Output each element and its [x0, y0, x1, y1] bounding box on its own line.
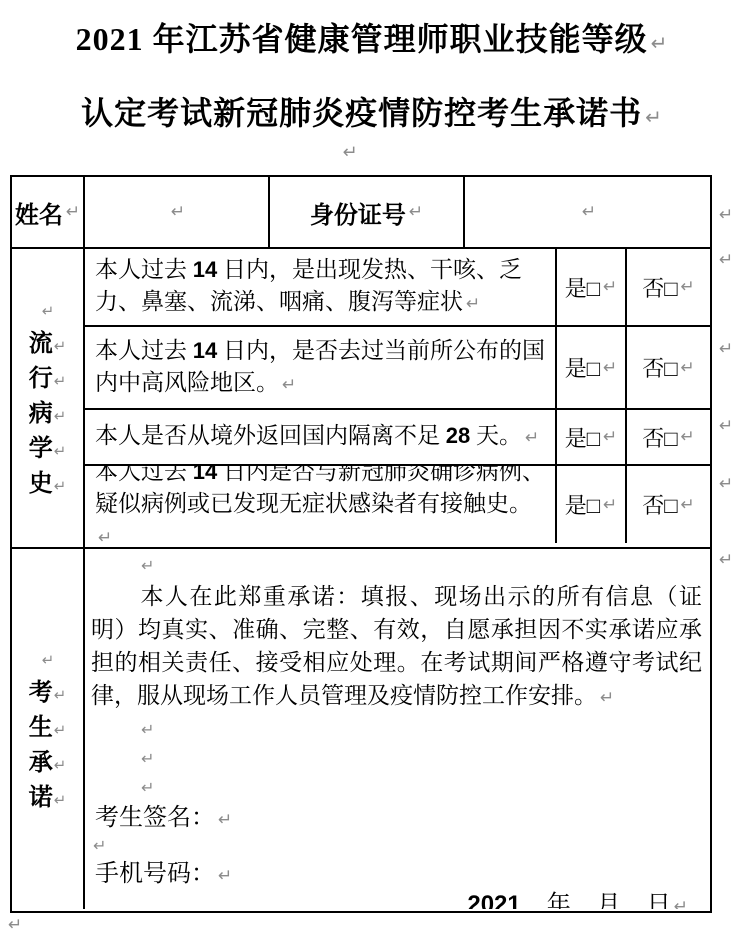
question-4-no-checkbox[interactable]: 否□↵	[627, 466, 710, 543]
epi-header-char: 史↵	[29, 468, 67, 503]
paragraph-mark: ↵	[54, 756, 67, 774]
empty-paragraph: ↵	[91, 773, 702, 802]
paragraph-mark: ↵	[218, 866, 232, 886]
no-label: 否□	[642, 272, 677, 303]
question-2-text: 本人过去 14 日内，是否去过当前所公布的国内中高风险地区。↵	[85, 327, 557, 408]
paragraph-mark: ↵	[141, 749, 154, 768]
paragraph-mark: ↵	[600, 688, 614, 708]
question-2-no-checkbox[interactable]: 否□↵	[627, 327, 710, 408]
question-row-3: 本人是否从境外返回国内隔离不足 28 天。↵ 是□↵ 否□↵	[85, 410, 710, 466]
row-end-mark: ↵	[719, 205, 733, 225]
paragraph-mark: ↵	[93, 836, 106, 855]
epi-char: 学	[29, 436, 53, 462]
date-day-unit: 日	[647, 892, 671, 909]
paragraph-mark: ↵	[54, 791, 67, 809]
paragraph-mark: ↵	[603, 427, 617, 447]
signature-label: 考生签名：	[95, 805, 215, 831]
question-number: 14	[193, 257, 217, 282]
question-3-yes-checkbox[interactable]: 是□↵	[557, 410, 627, 464]
row-end-mark: ↵	[719, 474, 733, 494]
paragraph-mark: ↵	[66, 202, 80, 222]
document-title: 2021 年江苏省健康管理师职业技能等级↵ 认定考试新冠肺炎疫情防控考生承诺书↵	[0, 4, 743, 152]
epi-header-char: 行↵	[29, 363, 67, 398]
question-text: 天。	[470, 423, 522, 448]
paragraph-mark: ↵	[171, 202, 185, 222]
commit-char: 考	[29, 680, 53, 706]
paragraph-mark: ↵	[525, 428, 539, 448]
empty-paragraph: ↵	[0, 142, 700, 163]
commitment-text: 本人在此郑重承诺：填报、现场出示的所有信息（证明）均真实、准确、完整、有效，自愿…	[91, 580, 702, 715]
document-page: 2021 年江苏省健康管理师职业技能等级↵ 认定考试新冠肺炎疫情防控考生承诺书↵…	[0, 0, 743, 939]
paragraph-mark: ↵	[603, 495, 617, 515]
paragraph-mark: ↵	[54, 442, 67, 460]
paragraph-mark: ↵	[603, 277, 617, 297]
commit-char: 诺	[29, 785, 53, 811]
empty-paragraph: ↵	[91, 834, 702, 858]
paragraph-mark: ↵	[342, 142, 357, 163]
epi-header-char: 病↵	[29, 398, 67, 433]
paragraph-mark: ↵	[54, 337, 67, 355]
date-year-unit: 年	[547, 892, 571, 909]
paragraph-mark: ↵	[54, 686, 67, 704]
commit-char: 承	[29, 750, 53, 776]
paragraph-mark: ↵	[651, 31, 668, 55]
paragraph-mark: ↵	[582, 202, 596, 222]
paragraph-mark: ↵	[681, 358, 695, 378]
name-input-cell[interactable]: ↵	[85, 177, 270, 247]
question-4-text: 本人过去 14 日内是否与新冠肺炎确诊病例、疑似病例或已发现无症状感染者有接触史…	[85, 466, 557, 543]
empty-paragraph: ↵	[41, 642, 55, 677]
paragraph-mark: ↵	[409, 202, 423, 222]
paragraph-mark: ↵	[42, 302, 55, 320]
question-number: 14	[193, 338, 217, 363]
question-row-4: 本人过去 14 日内是否与新冠肺炎确诊病例、疑似病例或已发现无症状感染者有接触史…	[85, 466, 710, 543]
paragraph-mark: ↵	[54, 407, 67, 425]
question-1-text: 本人过去 14 日内，是出现发热、干咳、乏力、鼻塞、流涕、咽痛、腹泻等症状↵	[85, 249, 557, 325]
commit-header-char: 承↵	[29, 747, 67, 782]
date-month-unit: 月	[597, 892, 621, 909]
no-label: 否□	[642, 422, 677, 453]
yes-label: 是□	[565, 489, 600, 520]
question-text: 本人过去	[95, 466, 193, 484]
question-1-yes-checkbox[interactable]: 是□↵	[557, 249, 627, 325]
commitment-section: ↵ 考↵ 生↵ 承↵ 诺↵ ↵ 本人在此郑重承诺：填报、现场出示的所有信息（证明…	[12, 549, 710, 909]
question-1-no-checkbox[interactable]: 否□↵	[627, 249, 710, 325]
paragraph-mark: ↵	[681, 495, 695, 515]
title-line-2: 认定考试新冠肺炎疫情防控考生承诺书↵	[0, 78, 743, 152]
question-4-yes-checkbox[interactable]: 是□↵	[557, 466, 627, 543]
paragraph-mark: ↵	[141, 556, 154, 575]
commitment-body-cell: ↵ 本人在此郑重承诺：填报、现场出示的所有信息（证明）均真实、准确、完整、有效，…	[85, 549, 710, 909]
epi-char: 行	[29, 366, 53, 392]
question-number: 28	[446, 423, 470, 448]
epi-header-char: 流↵	[29, 328, 67, 363]
question-2-yes-checkbox[interactable]: 是□↵	[557, 327, 627, 408]
question-row-2: 本人过去 14 日内，是否去过当前所公布的国内中高风险地区。↵ 是□↵ 否□↵	[85, 327, 710, 410]
epidemiology-section: ↵ 流↵ 行↵ 病↵ 学↵ 史↵ 本人过去 14 日内，是出现发热、干咳、乏力、…	[12, 249, 710, 549]
paragraph-mark: ↵	[54, 721, 67, 739]
name-label-cell: 姓名↵	[12, 177, 85, 247]
paragraph-mark: ↵	[466, 294, 480, 314]
epi-char: 史	[29, 471, 53, 497]
phone-label: 手机号码：	[95, 861, 215, 887]
paragraph-mark: ↵	[98, 528, 112, 544]
row-end-mark: ↵	[719, 250, 733, 270]
commitment-header: ↵ 考↵ 生↵ 承↵ 诺↵	[12, 549, 85, 909]
question-text: 本人过去	[95, 257, 193, 282]
info-row: 姓名↵ ↵ 身份证号↵ ↵	[12, 177, 710, 249]
title-line1-text: 2021 年江苏省健康管理师职业技能等级	[76, 21, 648, 57]
question-text: 本人过去	[95, 338, 193, 363]
paragraph-mark: ↵	[141, 778, 154, 797]
row-end-mark: ↵	[719, 416, 733, 436]
paragraph-mark: ↵	[218, 810, 232, 830]
signature-line[interactable]: 考生签名：↵	[91, 802, 702, 834]
question-3-no-checkbox[interactable]: 否□↵	[627, 410, 710, 464]
id-label: 身份证号	[310, 195, 406, 230]
epidemiology-header: ↵ 流↵ 行↵ 病↵ 学↵ 史↵	[12, 249, 85, 547]
title-line2-text: 认定考试新冠肺炎疫情防控考生承诺书	[81, 95, 642, 131]
commit-header-char: 诺↵	[29, 782, 67, 817]
paragraph-mark: ↵	[674, 897, 688, 909]
date-year: 2021	[467, 891, 520, 909]
end-of-document-mark: ↵	[8, 915, 22, 935]
paragraph-mark: ↵	[141, 720, 154, 739]
commit-header-char: 考↵	[29, 677, 67, 712]
paragraph-mark: ↵	[42, 651, 55, 669]
paragraph-mark: ↵	[603, 358, 617, 378]
paragraph-mark: ↵	[681, 277, 695, 297]
paragraph-mark: ↵	[54, 372, 67, 390]
date-line: 2021年月日↵	[91, 890, 702, 909]
commit-header-char: 生↵	[29, 712, 67, 747]
question-row-1: 本人过去 14 日内，是出现发热、干咳、乏力、鼻塞、流涕、咽痛、腹泻等症状↵ 是…	[85, 249, 710, 327]
name-label: 姓名	[15, 195, 63, 230]
yes-label: 是□	[565, 422, 600, 453]
title-line-1: 2021 年江苏省健康管理师职业技能等级↵	[0, 4, 743, 78]
paragraph-mark: ↵	[54, 477, 67, 495]
no-label: 否□	[642, 352, 677, 383]
question-3-text: 本人是否从境外返回国内隔离不足 28 天。↵	[85, 410, 557, 464]
row-end-mark: ↵	[719, 339, 733, 359]
epi-char: 流	[29, 331, 53, 357]
id-input-cell[interactable]: ↵	[465, 177, 710, 247]
epi-header-char: 学↵	[29, 433, 67, 468]
no-label: 否□	[642, 489, 677, 520]
question-text: 本人是否从境外返回国内隔离不足	[95, 423, 446, 448]
id-label-cell: 身份证号↵	[270, 177, 465, 247]
yes-label: 是□	[565, 272, 600, 303]
paragraph-mark: ↵	[282, 375, 296, 395]
epi-char: 病	[29, 401, 53, 427]
yes-label: 是□	[565, 352, 600, 383]
empty-paragraph: ↵	[91, 551, 702, 580]
empty-paragraph: ↵	[41, 293, 55, 328]
commit-char: 生	[29, 715, 53, 741]
paragraph-mark: ↵	[645, 105, 662, 129]
form-table: 姓名↵ ↵ 身份证号↵ ↵ ↵ 流↵ 行↵ 病↵ 学↵ 史↵ 本人过去 14 日…	[10, 175, 712, 913]
row-end-mark: ↵	[719, 550, 733, 570]
question-rows: 本人过去 14 日内，是出现发热、干咳、乏力、鼻塞、流涕、咽痛、腹泻等症状↵ 是…	[85, 249, 710, 547]
empty-paragraph: ↵	[91, 744, 702, 773]
question-number: 14	[193, 466, 217, 484]
phone-line[interactable]: 手机号码：↵	[91, 858, 702, 890]
empty-paragraph: ↵	[91, 715, 702, 744]
paragraph-mark: ↵	[681, 427, 695, 447]
